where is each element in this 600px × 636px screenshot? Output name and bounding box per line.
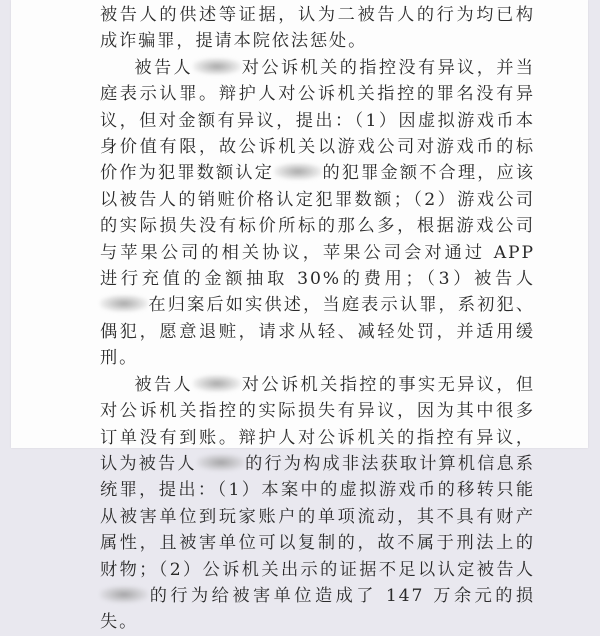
paragraph-text: 被告人的供述等证据，认为二被告人的行为均已构成诈骗罪，提请本院依法惩处。 — [100, 5, 535, 51]
redacted-name — [100, 295, 148, 312]
paragraph: 被告人对公诉机关指控的事实无异议，但对公诉机关指控的实际损失有异议，因为其中很多… — [100, 372, 535, 448]
paragraph: 被告人对公诉机关的指控没有异议，并当庭表示认罪。辩护人对公诉机关指控的罪名没有异… — [100, 55, 535, 372]
paragraph: 被告人的供述等证据，认为二被告人的行为均已构成诈骗罪，提请本院依法惩处。 — [100, 2, 535, 55]
paragraph-text: 被告人 — [134, 375, 193, 395]
redacted-name — [193, 375, 241, 392]
redacted-name — [274, 163, 322, 180]
paragraph-text: 在归案后如实供述，当庭表示认罪，系初犯、偶犯，愿意退赃，请求从轻、减轻处罚，并适… — [100, 295, 535, 368]
paragraph-text: 被告人 — [134, 58, 193, 78]
document-page: 被告人的供述等证据，认为二被告人的行为均已构成诈骗罪，提请本院依法惩处。被告人对… — [11, 0, 588, 448]
document-body: 被告人的供述等证据，认为二被告人的行为均已构成诈骗罪，提请本院依法惩处。被告人对… — [100, 2, 535, 448]
redacted-name — [193, 58, 241, 75]
